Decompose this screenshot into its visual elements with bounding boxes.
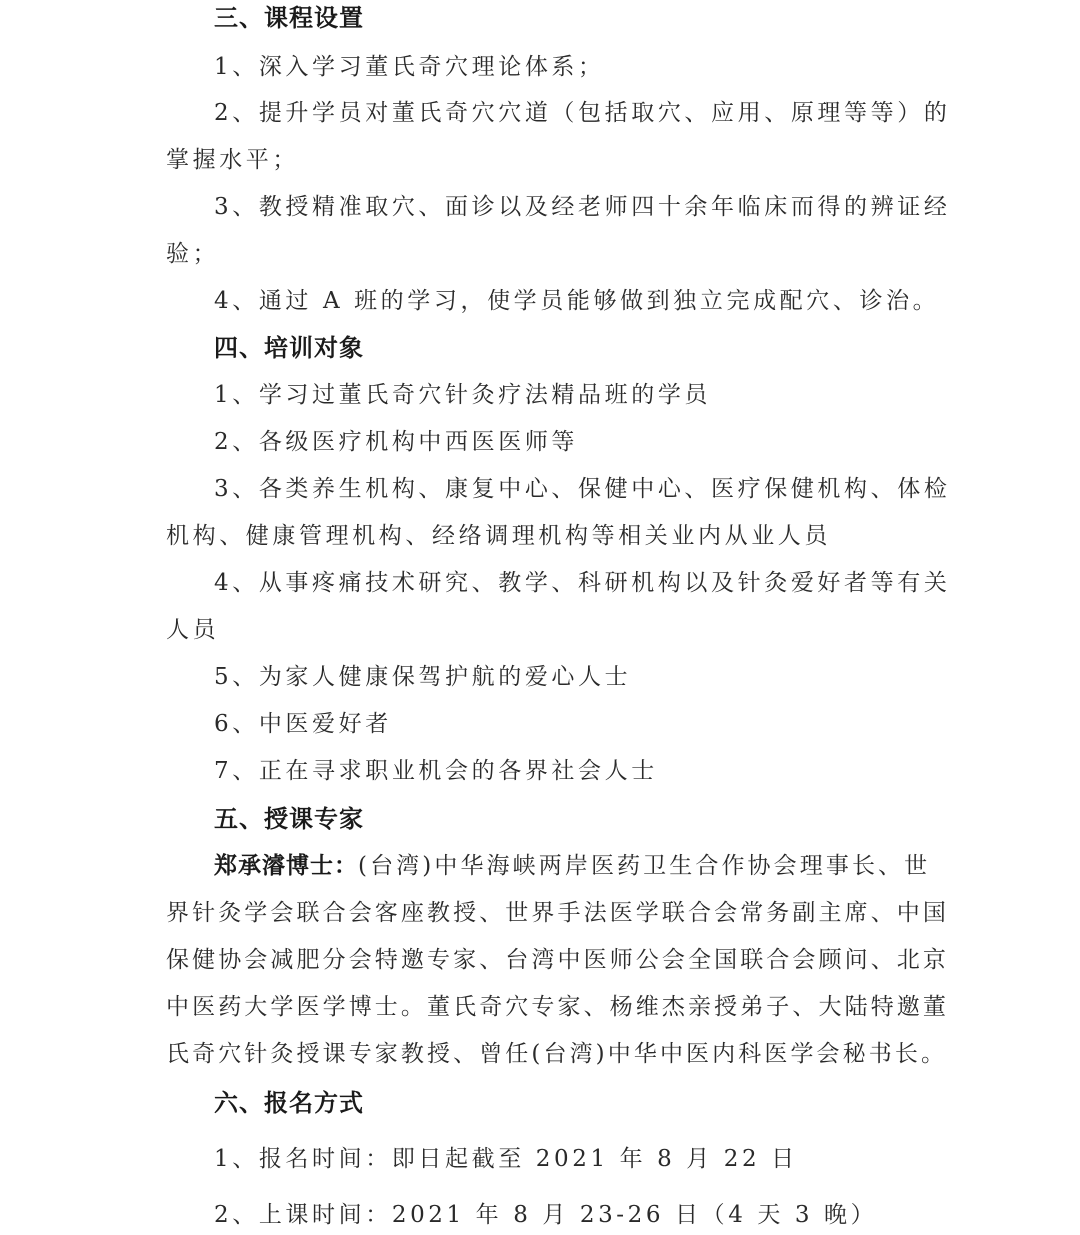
section-heading-course-setup: 三、课程设置 [214, 3, 964, 33]
class-dates: 2、上课时间：2021 年 8 月 23-26 日（4 天 3 晚） [214, 1200, 964, 1230]
course-item-4: 4、通过 A 班的学习，使学员能够做到独立完成配穴、诊治。 [214, 286, 964, 316]
instructor-bio-line-2: 界针灸学会联合会客座教授、世界手法医学联合会常务副主席、中国 [166, 898, 916, 928]
audience-item-4: 4、从事疼痛技术研究、教学、科研机构以及针灸爱好者等有关 [214, 568, 964, 598]
section-heading-registration: 六、报名方式 [214, 1088, 964, 1118]
course-item-2-cont: 掌握水平； [166, 145, 916, 175]
audience-item-1: 1、学习过董氏奇穴针灸疗法精品班的学员 [214, 380, 964, 410]
audience-item-2: 2、各级医疗机构中西医医师等 [214, 427, 964, 457]
course-item-3-cont: 验； [166, 239, 916, 269]
course-item-1: 1、深入学习董氏奇穴理论体系； [214, 52, 964, 82]
audience-item-3-cont: 机构、健康管理机构、经络调理机构等相关业内从业人员 [166, 521, 916, 551]
audience-item-7: 7、正在寻求职业机会的各界社会人士 [214, 756, 964, 786]
instructor-bio-line-4: 中医药大学医学博士。董氏奇穴专家、杨维杰亲授弟子、大陆特邀董 [166, 992, 916, 1022]
instructor-name: 郑承濬博士： [214, 853, 358, 879]
instructor-bio-line-5: 氏奇穴针灸授课专家教授、曾任(台湾)中华中医内科医学会秘书长。 [166, 1039, 916, 1069]
instructor-bio-text: (台湾)中华海峡两岸医药卫生合作协会理事长、世 [358, 853, 930, 879]
audience-item-4-cont: 人员 [166, 615, 916, 645]
audience-item-3: 3、各类养生机构、康复中心、保健中心、医疗保健机构、体检 [214, 474, 964, 504]
course-item-3: 3、教授精准取穴、面诊以及经老师四十余年临床而得的辨证经 [214, 192, 964, 222]
section-heading-target-audience: 四、培训对象 [214, 333, 964, 363]
course-item-2: 2、提升学员对董氏奇穴穴道（包括取穴、应用、原理等等）的 [214, 98, 964, 128]
section-heading-instructor: 五、授课专家 [214, 804, 964, 834]
audience-item-5: 5、为家人健康保驾护航的爱心人士 [214, 662, 964, 692]
audience-item-6: 6、中医爱好者 [214, 709, 964, 739]
instructor-bio-line-3: 保健协会减肥分会特邀专家、台湾中医师公会全国联合会顾问、北京 [166, 945, 916, 975]
instructor-bio-line-1: 郑承濬博士：(台湾)中华海峡两岸医药卫生合作协会理事长、世 [214, 851, 964, 881]
registration-deadline: 1、报名时间：即日起截至 2021 年 8 月 22 日 [214, 1144, 964, 1174]
